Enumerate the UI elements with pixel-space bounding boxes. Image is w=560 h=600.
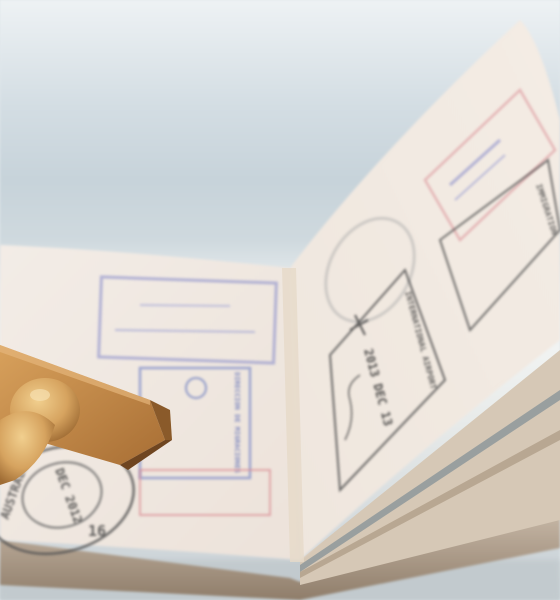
passport-illustration: DIRECCION DE MIGRACIONES AUSTRALIA DEC 2… [0,0,560,600]
stamp-number-text: 16 [88,522,106,540]
passport-photo: DIRECCION DE MIGRACIONES AUSTRALIA DEC 2… [0,0,560,600]
stamp-blue-text: DIRECCION DE MIGRACIONES [233,372,241,473]
